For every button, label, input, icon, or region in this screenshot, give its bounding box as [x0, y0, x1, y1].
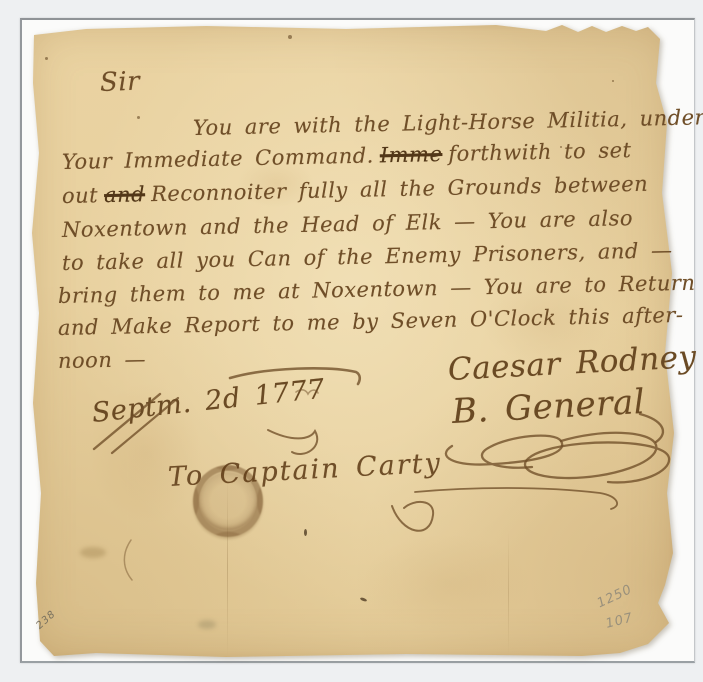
margin-mark-stroke	[124, 540, 132, 580]
manuscript-ink-layer: Sir You are with the Light-Horse Militia…	[0, 0, 703, 682]
foxing-speck	[612, 80, 614, 82]
dateline-tail-stroke	[268, 430, 317, 454]
letter-line-3: outandReconnoiter fully all the Grounds …	[62, 172, 649, 208]
paper-crease	[227, 478, 228, 656]
pencil-price-note: 1250	[595, 582, 635, 611]
line-7-text: and Make Report to me by Seven O'Clock t…	[58, 303, 684, 340]
carty-tail-stroke	[415, 488, 617, 509]
letter-line-4: Noxentown and the Head of Elk — You are …	[62, 206, 633, 242]
line-2-text-b: forthwith to set	[448, 138, 632, 166]
signature-name: Caesar Rodney	[447, 339, 697, 388]
corner-inventory-number: 238	[34, 609, 58, 632]
ink-fleck	[360, 597, 368, 602]
line-2-struck-word: Imme	[380, 142, 443, 167]
pencil-catalog-note: 107	[604, 610, 635, 631]
ink-fleck	[304, 529, 307, 536]
line-5-text: to take all you Can of the Enemy Prisone…	[62, 238, 673, 275]
line-2-text: Your Immediate Command.	[62, 143, 374, 174]
pen-flourishes	[0, 0, 703, 682]
carty-descender-loop	[392, 502, 433, 531]
letter-line-5: to take all you Can of the Enemy Prisone…	[62, 238, 673, 275]
line-3-struck-word: and	[104, 182, 145, 207]
letter-line-1: You are with the Light-Horse Militia, un…	[193, 105, 703, 140]
stain-smudge	[198, 620, 216, 629]
foxing-speck	[45, 57, 48, 60]
paper-crease	[508, 530, 509, 655]
letter-line-8: noon —	[58, 347, 146, 373]
salutation: Sir	[99, 67, 140, 98]
foxing-speck	[137, 116, 140, 119]
foxing-speck	[288, 35, 292, 39]
signature-rank: B. General	[451, 382, 646, 432]
signature-loop-right	[525, 433, 669, 483]
line-1-text: You are with the Light-Horse Militia, un…	[193, 105, 703, 140]
letter-line-7: and Make Report to me by Seven O'Clock t…	[58, 303, 684, 340]
line-3-text-b: Reconnoiter fully all the Grounds betwee…	[151, 172, 649, 206]
line-4-text: Noxentown and the Head of Elk — You are …	[62, 206, 633, 242]
foxing-speck	[560, 146, 562, 148]
dateline: Septm. 2d 1777	[90, 374, 326, 429]
signature-loop-left	[446, 436, 562, 468]
line-8-text: noon —	[58, 347, 146, 373]
line-3-text: out	[62, 183, 99, 208]
letter-line-2: Your Immediate Command.Immeforthwith to …	[62, 138, 632, 174]
line-6-text: bring them to me at Noxentown — You are …	[58, 271, 696, 308]
stain-smudge	[80, 547, 106, 558]
letter-line-6: bring them to me at Noxentown — You are …	[58, 271, 696, 308]
ink-blot	[193, 465, 263, 537]
